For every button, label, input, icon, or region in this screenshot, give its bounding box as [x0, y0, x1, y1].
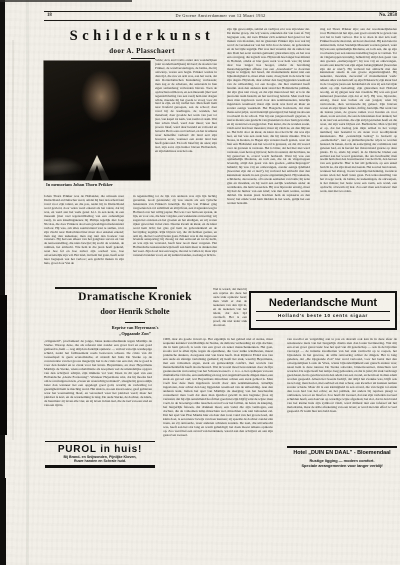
article-title-dramatische-kroniek: Dramatische Kroniek [44, 291, 226, 303]
portrait-photo-thorn-prikker [44, 61, 150, 180]
purol-ad-line2: Ruwe handen en Schrale huid. [45, 459, 155, 463]
hotel-ad-title: Hotel „DUIN EN DAAL” - Bloemendaal [285, 450, 399, 456]
kroniek-column-1: „Uitgesteld”, proclameert de jonge, bleu… [44, 339, 152, 438]
article-title-schilderkunst: Schilderkunst [44, 28, 240, 45]
kroniek-subtitle-line1: Reprise van Heyermans's [44, 325, 226, 330]
article-column-2-beside-photo: Velde; Arts and Crafts onder den wonderl… [155, 59, 217, 192]
kroniek-divider-rule [125, 322, 145, 323]
purol-ad-bottom-bar [45, 465, 155, 469]
hotel-ad-line2: Speciale arrangementen voor langer verbl… [287, 463, 397, 468]
title-divider-rule [131, 58, 155, 59]
purol-advertisement: PUROL in huis! Bij Brand- en Snijwonden,… [45, 441, 155, 463]
scan-streak [12, 40, 14, 440]
scan-top-line [0, 0, 132, 2]
section-divider-rule [55, 287, 157, 289]
article-byline: door A. Plasschaert [44, 47, 240, 55]
nederlandsche-munt-advertisement: Nederlandsche Munt Holland's beste 10 ce… [249, 291, 397, 330]
photo-caption: In memoriam Johan Thorn Prikker [46, 183, 116, 188]
scan-streak [26, 0, 29, 565]
article-column-3: zijn lijn gewoonlijk, subtiel en verfijn… [227, 28, 310, 287]
newspaper-page: 18 De Groene Amsterdammer van 12 Maart 1… [0, 0, 400, 565]
photo-shoulder-shade [44, 158, 150, 180]
kroniek-column-2: 1908, daar als goede travail op. Het eig… [163, 337, 273, 470]
scan-edge-patch [0, 295, 7, 435]
munt-ad-subtitle: Holland's beste 10 cents sigaar [256, 311, 390, 321]
kroniek-byline: door Henrik Scholte [44, 307, 226, 316]
hotel-ad-top-rule [287, 446, 397, 448]
issue-number: No. 2858 [297, 13, 397, 18]
article-column-2-below-photo: in tegenstelling tot de lijn van anderen… [133, 195, 217, 285]
header-rule-bottom [44, 20, 397, 21]
scan-edge-patch [0, 478, 6, 565]
article-column-1: Johan Thorn Prikker was de Hollander, di… [44, 195, 124, 285]
munt-ad-title: Nederlandsche Munt [251, 297, 395, 309]
purol-ad-title: PUROL in huis! [45, 444, 155, 455]
kroniek-column-3: van noodlot en vergelding aan te pas en … [287, 337, 397, 443]
article-column-4: ring zal Thorn Prikker zijn; aan der noo… [320, 28, 397, 287]
kroniek-subtitle-line2: „Opgaande Zon” [44, 331, 226, 336]
